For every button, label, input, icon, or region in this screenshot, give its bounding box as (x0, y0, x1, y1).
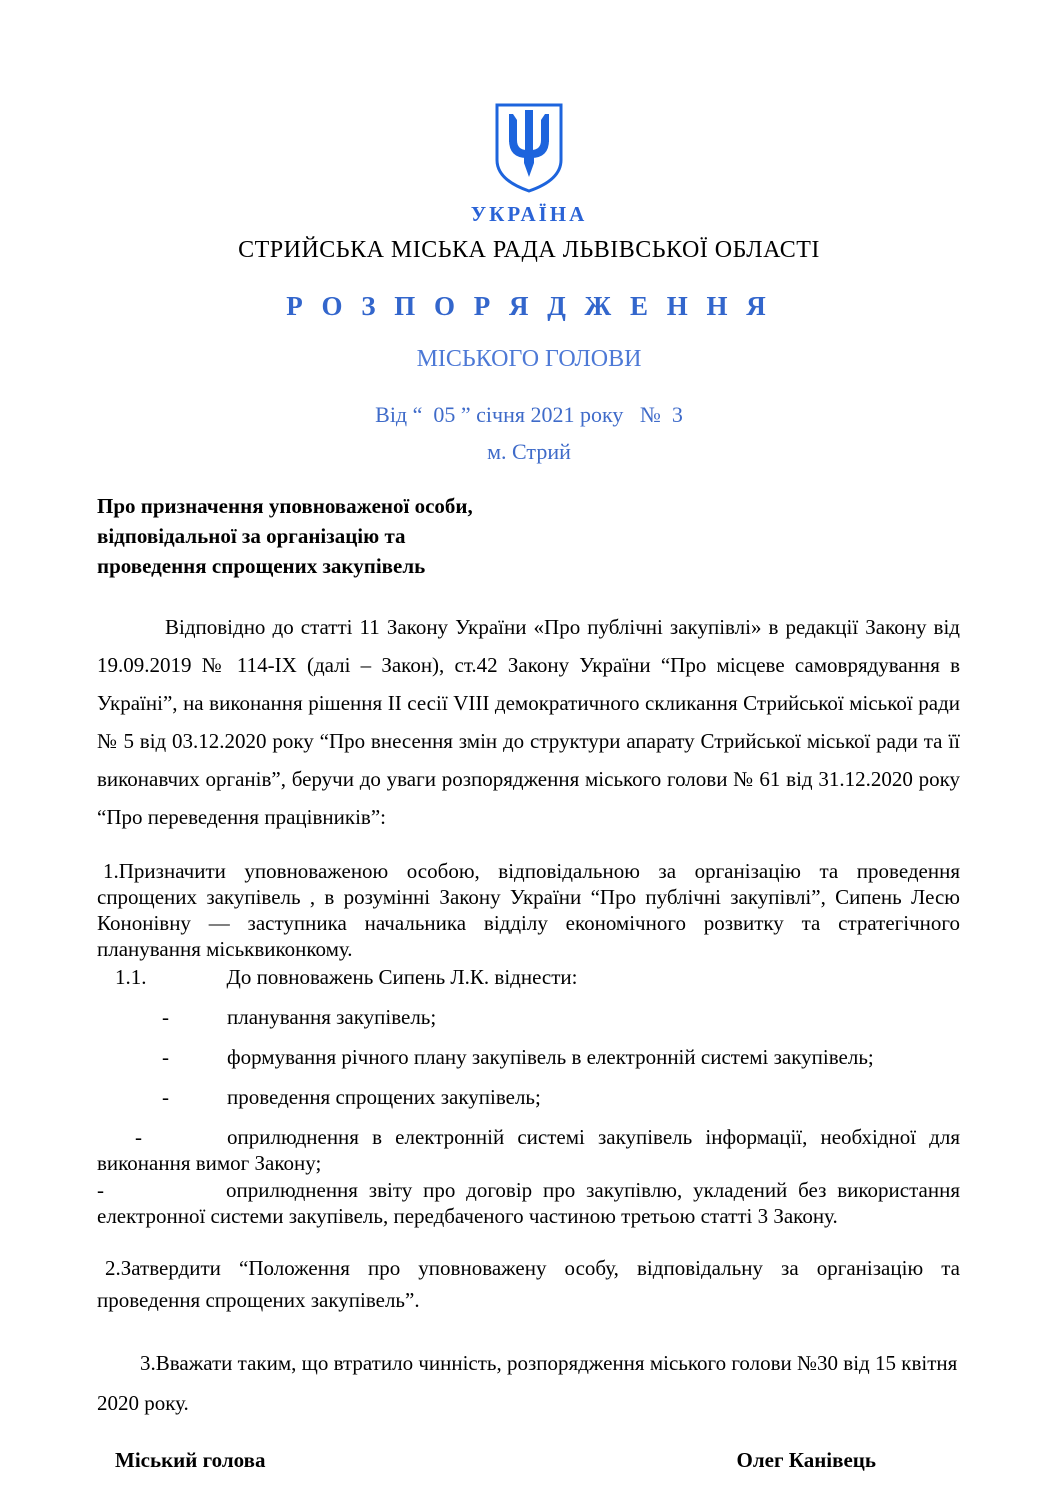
item-1-1-number: 1.1. (115, 965, 147, 989)
bullet-item: -планування закупівель; (97, 1004, 960, 1030)
bullet-item: -формування річного плану закупівель в е… (97, 1044, 960, 1070)
item-2-paragraph: 2.Затвердити “Положення про уповноважену… (97, 1252, 960, 1316)
item-1-paragraph: 1.Призначити уповноваженою особою, відпо… (97, 858, 960, 962)
bullet-item: -проведення спрощених закупівель; (97, 1084, 960, 1110)
item-1-1-line: 1.1.До повноважень Сипень Л.К. віднести: (97, 964, 960, 990)
dash-marker: - (162, 1045, 169, 1069)
dash-marker: - (162, 1085, 169, 1109)
document-body: Про призначення уповноваженої особи, від… (97, 491, 960, 1473)
signature-name: Олег Канівець (737, 1447, 876, 1473)
signature-position: Міський голова (115, 1447, 265, 1473)
issuer-title: МІСЬКОГО ГОЛОВИ (0, 346, 1058, 373)
bullet-text: планування закупівель; (227, 1005, 436, 1029)
ukraine-coat-of-arms-icon (0, 100, 1058, 201)
country-label: УКРАЇНА (0, 202, 1058, 227)
document-type-title: Р О З П О Р Я Д Ж Е Н Н Я (0, 291, 1058, 322)
bullet-text: оприлюднення в електронній системі закуп… (97, 1125, 960, 1175)
bullet-item: -оприлюднення звіту про договір про заку… (97, 1177, 960, 1229)
dash-marker: - (135, 1125, 142, 1149)
bullet-text: проведення спрощених закупівель; (227, 1085, 541, 1109)
document-header: УКРАЇНА СТРИЙСЬКА МІСЬКА РАДА ЛЬВІВСЬКОЇ… (0, 0, 1058, 465)
bullet-text: формування річного плану закупівель в ел… (227, 1045, 874, 1069)
place-line: м. Стрий (0, 439, 1058, 465)
tryzub-icon (491, 100, 567, 196)
signature-row: Міський голова Олег Канівець (97, 1447, 960, 1473)
intro-paragraph: Відповідно до статті 11 Закону України «… (97, 608, 960, 836)
document-page: УКРАЇНА СТРИЙСЬКА МІСЬКА РАДА ЛЬВІВСЬКОЇ… (0, 0, 1058, 1497)
item-1-1-text: До повноважень Сипень Л.К. віднести: (227, 965, 578, 989)
date-line: Від “ 05 ” січня 2021 року № 3 (0, 402, 1058, 428)
bullet-text: оприлюднення звіту про договір про закуп… (97, 1178, 960, 1228)
bullet-item: -оприлюднення в електронній системі заку… (97, 1124, 960, 1176)
council-name: СТРИЙСЬКА МІСЬКА РАДА ЛЬВІВСЬКОЇ ОБЛАСТІ (0, 237, 1058, 264)
dash-marker: - (97, 1178, 104, 1202)
subject-heading: Про призначення уповноваженої особи, від… (97, 491, 960, 581)
item-3-paragraph: 3.Вважати таким, що втратило чинність, р… (97, 1343, 960, 1423)
dash-marker: - (162, 1005, 169, 1029)
